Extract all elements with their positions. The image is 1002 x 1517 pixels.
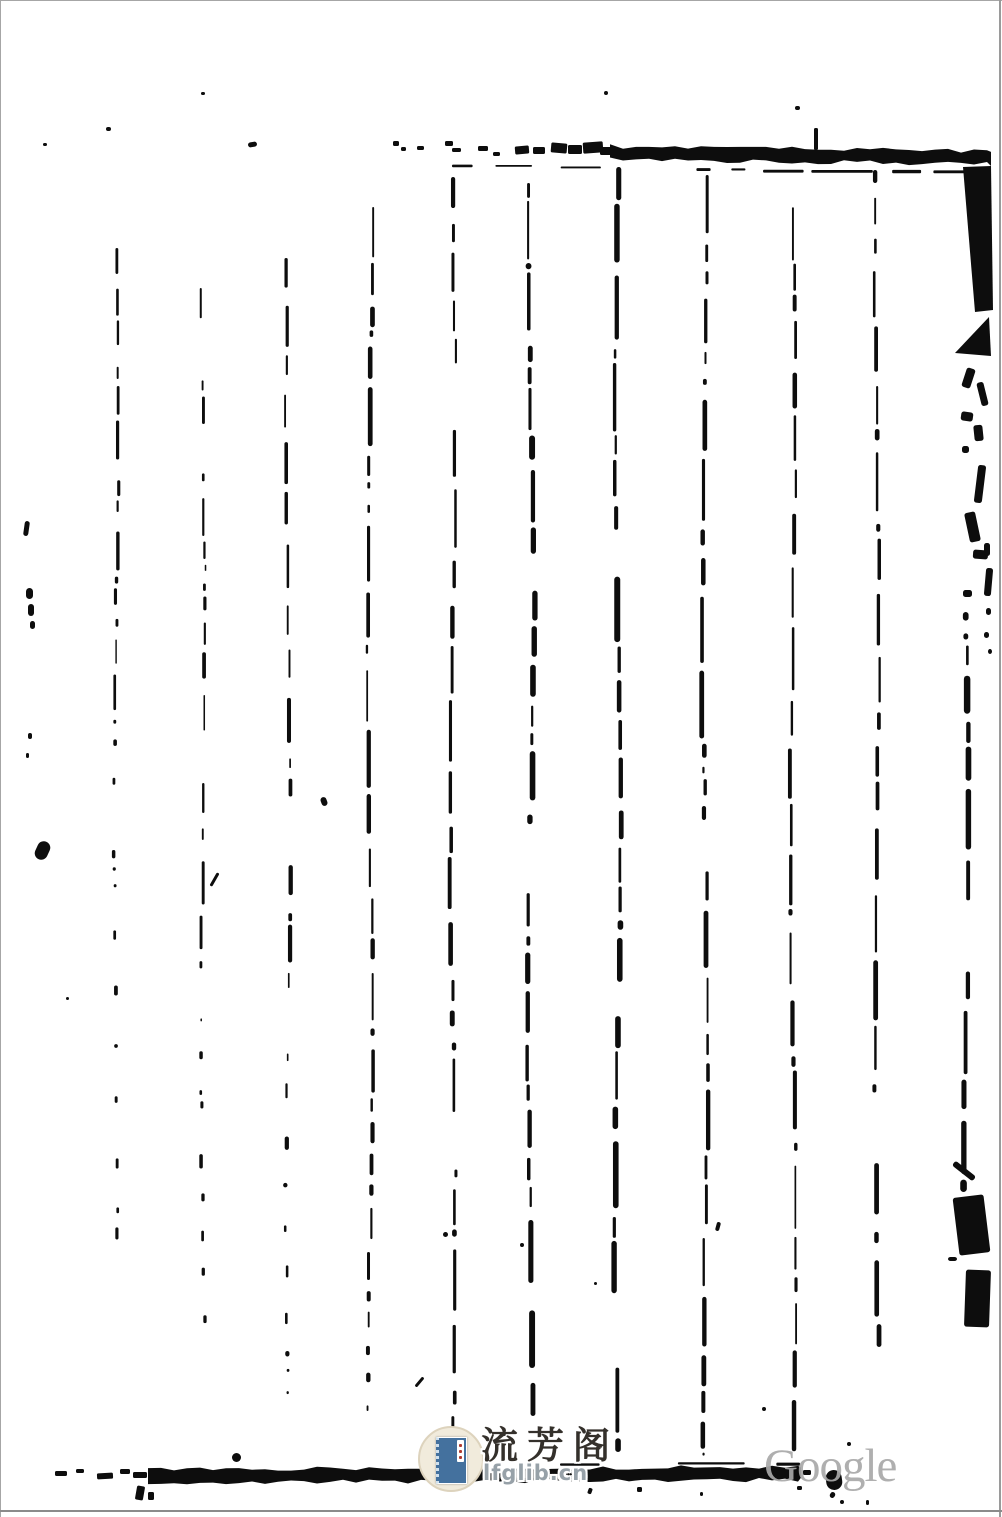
column-rule-lines [112,167,971,1456]
top-border-bar [393,128,991,173]
scan-edge-bottom-line [0,1510,1002,1512]
scan-edge-top [0,0,1002,1]
book-icon [436,1437,467,1484]
google-watermark: Google [764,1440,896,1492]
book-label [457,1440,464,1462]
scanned-book-page: 流芳阁 lfglib.cn Google [0,0,1002,1517]
scan-edge-left [0,0,1,1517]
page-ink-marks [0,0,1002,1517]
right-edge-fragments [948,166,993,1327]
ink-specks [23,91,869,1505]
watermark-logo-circle [418,1426,484,1492]
scan-edge-right [999,0,1001,1517]
watermark-site-url: lfglib.cn [483,1461,588,1485]
